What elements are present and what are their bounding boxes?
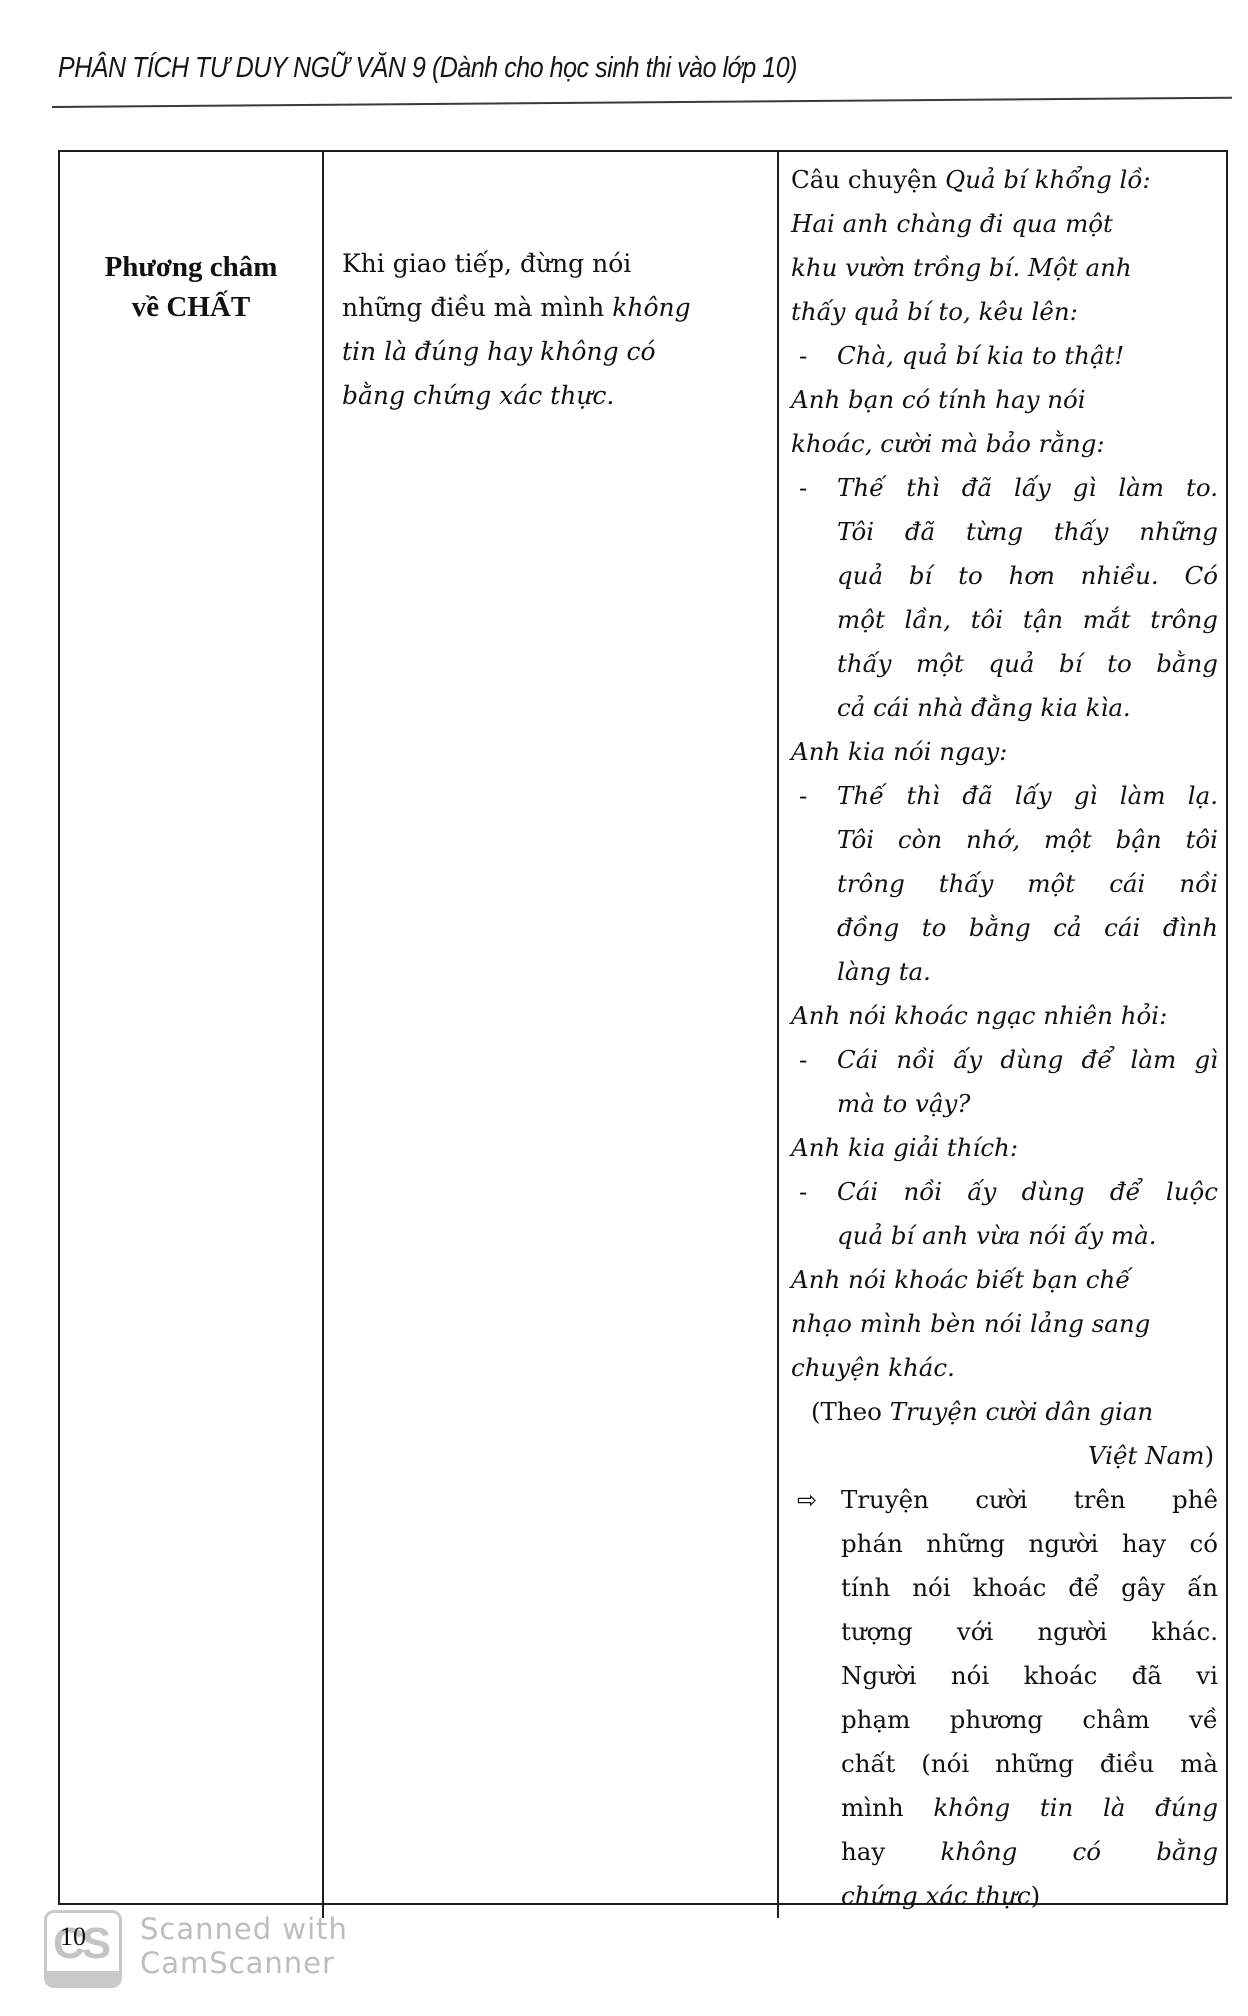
page-header-title: PHÂN TÍCH TƯ DUY NGỮ VĂN 9 (Dành cho học… xyxy=(58,52,797,85)
narrative-1: Hai anh chàng đi qua một khu vườn trồng … xyxy=(791,202,1218,334)
conclusion-line-8-plain: mình xyxy=(841,1793,933,1822)
conclusion-line-9-italic: không có bằng xyxy=(940,1837,1218,1866)
narrative-4: Anh nói khoác ngạc nhiên hỏi: xyxy=(791,994,1218,1038)
dialogue-line: trông thấy một cái nồi xyxy=(837,862,1218,906)
source-title-part-2: Việt Nam xyxy=(1088,1441,1205,1470)
dialogue-line: Thế thì đã lấy gì làm lạ. xyxy=(837,774,1218,818)
category-cell: Phương châm về CHẤT xyxy=(60,152,322,1918)
category-line-1: Phương châm xyxy=(60,247,322,287)
narrative-6: Anh nói khoác biết bạn chế nhạo mình bèn… xyxy=(791,1258,1218,1390)
source-title-part-1: Truyện cười dân gian xyxy=(890,1397,1153,1426)
camscanner-watermark: Scanned with CamScanner xyxy=(140,1912,348,1980)
conclusion-line: tính nói khoác để gây ấn xyxy=(841,1566,1218,1610)
arrow-right-icon: ⇨ xyxy=(797,1478,817,1522)
dialogue-line: mà to vậy? xyxy=(837,1082,1218,1126)
dialogue-line: làng ta. xyxy=(837,950,1218,994)
narrative-5: Anh kia giải thích: xyxy=(791,1126,1218,1170)
source-line-1: (Theo Truyện cười dân gian xyxy=(791,1390,1218,1434)
conclusion-line: phạm phương châm về xyxy=(841,1698,1218,1742)
conclusion-line-10-suffix: ) xyxy=(1031,1881,1041,1910)
page-number: 10 xyxy=(60,1922,86,1952)
story-title: Quả bí khổng lồ: xyxy=(945,165,1151,194)
definition-line-4: bằng chứng xác thực. xyxy=(342,374,765,418)
dialogue-4: - Cái nồi ấy dùng để làm gì mà to vậy? xyxy=(791,1038,1218,1126)
narrative-line: Hai anh chàng đi qua một xyxy=(791,202,1218,246)
dash-bullet-icon: - xyxy=(799,774,807,818)
conclusion-line: chất (nói những điều mà xyxy=(841,1742,1218,1786)
definition-cell: Khi giao tiếp, đừng nói những điều mà mì… xyxy=(322,152,777,1918)
narrative-3: Anh kia nói ngay: xyxy=(791,730,1218,774)
dialogue-line: Thế thì đã lấy gì làm to. xyxy=(837,466,1218,510)
definition-line-1: Khi giao tiếp, đừng nói xyxy=(342,242,765,286)
dash-bullet-icon: - xyxy=(799,334,807,378)
definition-line-2-plain: những điều mà mình xyxy=(342,293,612,322)
narrative-line: Anh bạn có tính hay nói xyxy=(791,378,1218,422)
narrative-line: Anh kia giải thích: xyxy=(791,1126,1218,1170)
narrative-line: Anh nói khoác ngạc nhiên hỏi: xyxy=(791,994,1218,1038)
header-divider xyxy=(52,97,1232,108)
dialogue-line: đồng to bằng cả cái đình xyxy=(837,906,1218,950)
category-line-2: về CHẤT xyxy=(60,287,322,327)
example-intro: Câu chuyện Quả bí khổng lồ: xyxy=(791,158,1218,202)
narrative-line: chuyện khác. xyxy=(791,1346,1218,1390)
conclusion: ⇨ Truyện cười trên phê phán những người … xyxy=(791,1478,1218,1918)
dash-bullet-icon: - xyxy=(799,1038,807,1082)
conclusion-line: Người nói khoác đã vi xyxy=(841,1654,1218,1698)
narrative-line: nhạo mình bèn nói lảng sang xyxy=(791,1302,1218,1346)
narrative-line: khoác, cười mà bảo rằng: xyxy=(791,422,1218,466)
narrative-line: Anh kia nói ngay: xyxy=(791,730,1218,774)
conclusion-line-10: chứng xác thực) xyxy=(841,1874,1218,1918)
dialogue-line: quả bí to hơn nhiều. Có xyxy=(837,554,1218,598)
conclusion-line: Truyện cười trên phê xyxy=(841,1478,1218,1522)
narrative-line: Anh nói khoác biết bạn chế xyxy=(791,1258,1218,1302)
dialogue-line: cả cái nhà đằng kia kìa. xyxy=(837,686,1218,730)
conclusion-line-10-italic: chứng xác thực xyxy=(841,1881,1031,1910)
story-source: (Theo Truyện cười dân gian Việt Nam) xyxy=(791,1390,1218,1478)
conclusion-line-8: mình không tin là đúng xyxy=(841,1786,1218,1830)
conclusion-line-8-italic: không tin là đúng xyxy=(933,1793,1218,1822)
narrative-line: thấy quả bí to, kêu lên: xyxy=(791,290,1218,334)
principle-table: Phương châm về CHẤT Khi giao tiếp, đừng … xyxy=(58,150,1228,1905)
conclusion-line-9-plain: hay xyxy=(841,1837,940,1866)
dialogue-1: - Chà, quả bí kia to thật! xyxy=(791,334,1218,378)
definition-line-3: tin là đúng hay không có xyxy=(342,330,765,374)
dialogue-line: Cái nồi ấy dùng để làm gì xyxy=(837,1038,1218,1082)
example-intro-plain: Câu chuyện xyxy=(791,165,945,194)
dialogue-line: một lần, tôi tận mắt trông xyxy=(837,598,1218,642)
dialogue-line: Tôi còn nhớ, một bận tôi xyxy=(837,818,1218,862)
narrative-line: khu vườn trồng bí. Một anh xyxy=(791,246,1218,290)
definition-line-2-italic: không xyxy=(612,293,690,322)
conclusion-line: phán những người hay có xyxy=(841,1522,1218,1566)
watermark-line-1: Scanned with xyxy=(140,1912,348,1946)
dialogue-line: Tôi đã từng thấy những xyxy=(837,510,1218,554)
camscanner-logo-bar xyxy=(47,1971,119,1985)
watermark-line-2: CamScanner xyxy=(140,1946,348,1980)
source-line-2: Việt Nam) xyxy=(791,1434,1218,1478)
dialogue-line: quả bí anh vừa nói ấy mà. xyxy=(837,1214,1218,1258)
dialogue-line: thấy một quả bí to bằng xyxy=(837,642,1218,686)
example-cell: Câu chuyện Quả bí khổng lồ: Hai anh chàn… xyxy=(777,152,1226,1918)
narrative-2: Anh bạn có tính hay nói khoác, cười mà b… xyxy=(791,378,1218,466)
dialogue-5: - Cái nồi ấy dùng để luộc quả bí anh vừa… xyxy=(791,1170,1218,1258)
conclusion-line: tượng với người khác. xyxy=(841,1610,1218,1654)
definition-line-2: những điều mà mình không xyxy=(342,286,765,330)
dialogue-line: Chà, quả bí kia to thật! xyxy=(837,334,1218,378)
conclusion-line-9: hay không có bằng xyxy=(841,1830,1218,1874)
source-suffix: ) xyxy=(1204,1441,1214,1470)
dash-bullet-icon: - xyxy=(799,1170,807,1214)
dash-bullet-icon: - xyxy=(799,466,807,510)
source-prefix: (Theo xyxy=(811,1397,890,1426)
dialogue-line: Cái nồi ấy dùng để luộc xyxy=(837,1170,1218,1214)
dialogue-2: - Thế thì đã lấy gì làm to. Tôi đã từng … xyxy=(791,466,1218,730)
dialogue-3: - Thế thì đã lấy gì làm lạ. Tôi còn nhớ,… xyxy=(791,774,1218,994)
